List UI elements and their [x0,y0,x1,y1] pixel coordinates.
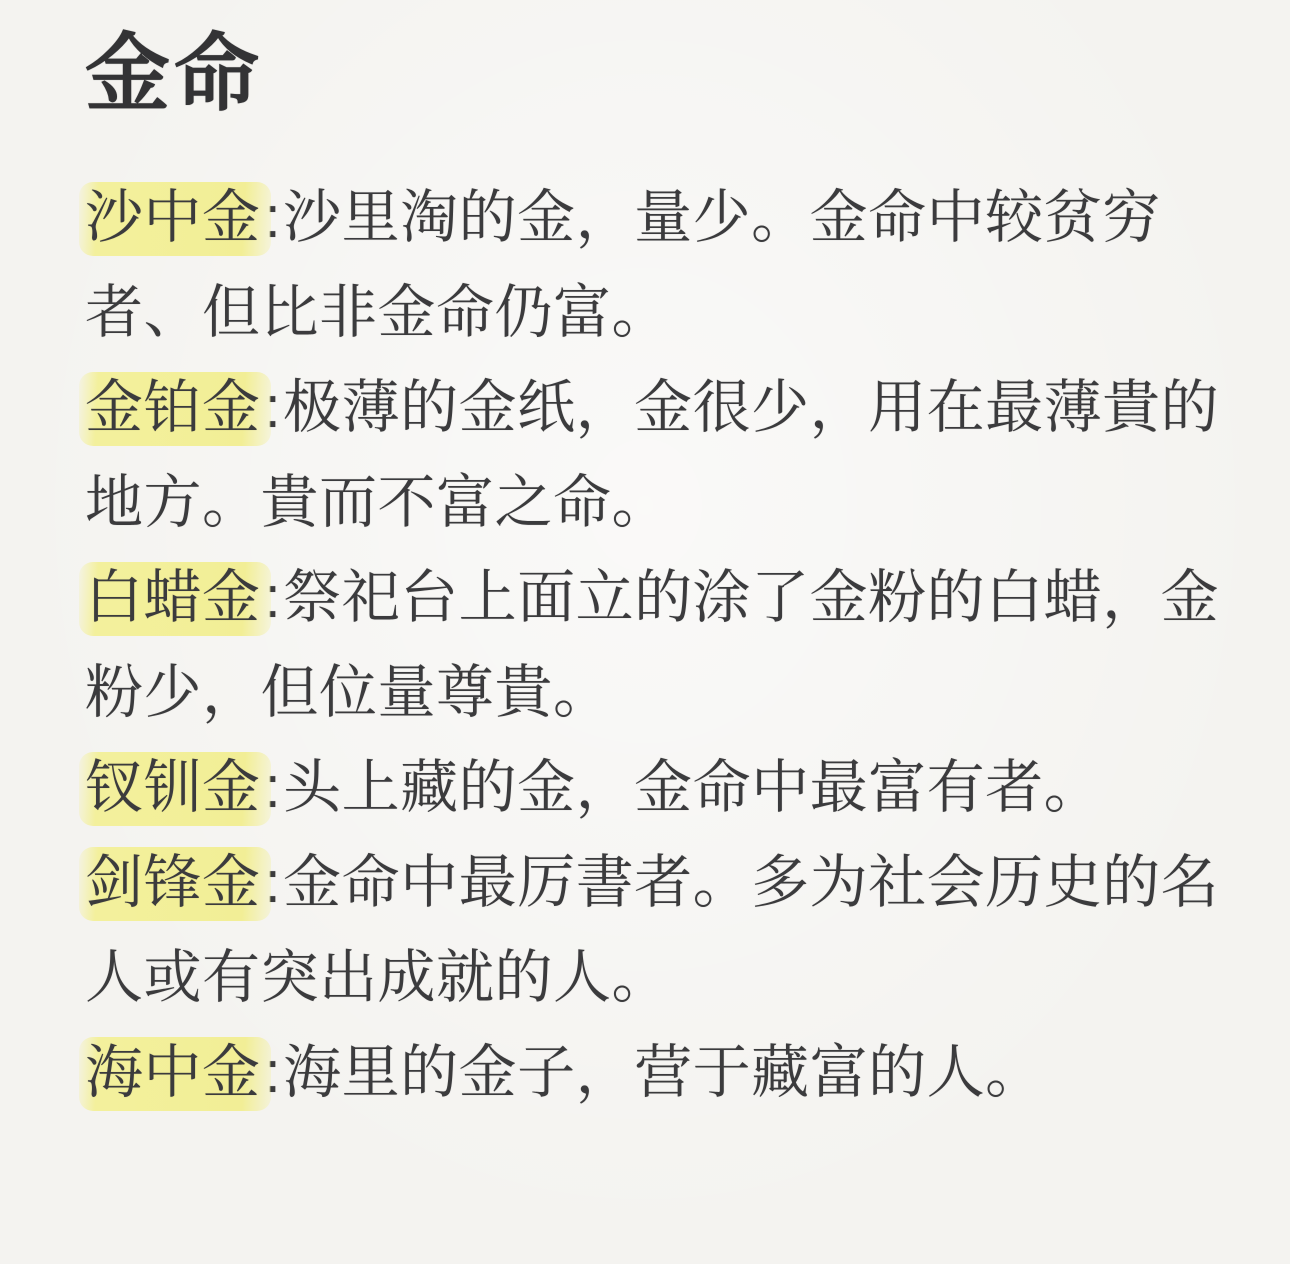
term-highlight: 沙中金 [79,182,271,256]
entry-haizhongjin: 海中金:海里的金子，营于藏富的人。 [85,1025,1235,1120]
entry-jinbojin: 金铂金:极薄的金纸，金很少，用在最薄貴的地方。貴而不富之命。 [85,360,1235,550]
page-title: 金命 [85,26,1235,124]
term-highlight: 金铂金 [79,372,271,446]
entry-shazhongjin: 沙中金:沙里淘的金，量少。金命中较贫穷者、但比非金命仍富。 [85,170,1235,360]
entry-jianfengjin: 剑锋金:金命中最厉書者。多为社会历史的名人或有突出成就的人。 [85,835,1235,1025]
term-highlight: 海中金 [79,1037,271,1111]
document-page: 金命 沙中金:沙里淘的金，量少。金命中较贫穷者、但比非金命仍富。 金铂金:极薄的… [0,0,1290,1264]
term-highlight: 钗钏金 [79,752,271,826]
entry-bailajin: 白蜡金:祭祀台上面立的涂了金粉的白蜡，金粉少，但位量尊貴。 [85,550,1235,740]
entry-list: 沙中金:沙里淘的金，量少。金命中较贫穷者、但比非金命仍富。 金铂金:极薄的金纸，… [85,170,1235,1120]
term-highlight: 剑锋金 [79,847,271,921]
entry-description: 头上藏的金，金命中最富有者。 [283,755,1102,820]
entry-description: 海里的金子，营于藏富的人。 [283,1040,1044,1105]
term-highlight: 白蜡金 [79,562,271,636]
entry-chaichuanjin: 钗钏金:头上藏的金，金命中最富有者。 [85,740,1235,835]
